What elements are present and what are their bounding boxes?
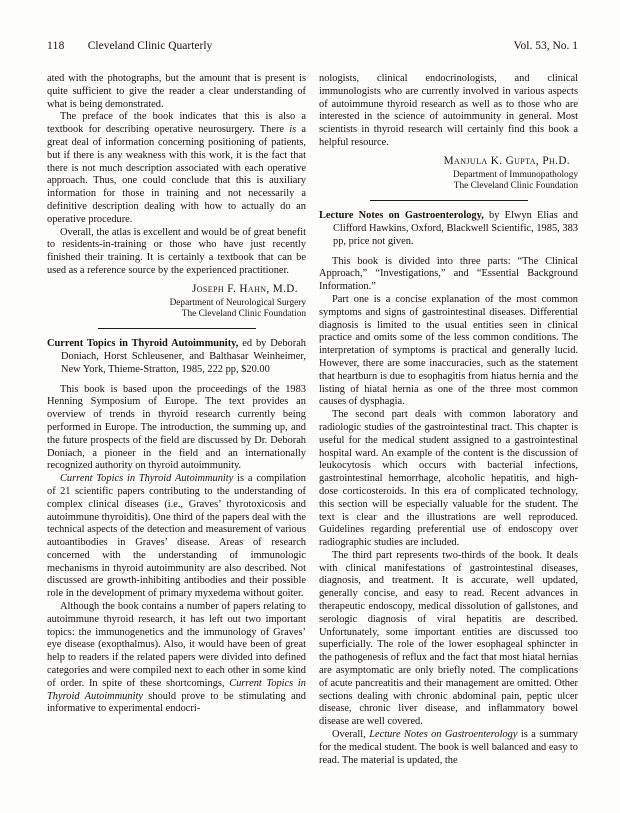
body-paragraph: Overall, the atlas is excellent and woul… — [47, 227, 306, 278]
section-divider-rule — [98, 328, 256, 329]
text-run: nologists, clinical endocrinologists, an… — [319, 73, 578, 148]
text-run: is a compilation of 21 scientific papers… — [47, 473, 306, 599]
body-paragraph: This book is based upon the proceedings … — [47, 384, 306, 474]
reviewer-byline: Manjula K. Gupta, Ph.D.Department of Imm… — [319, 155, 578, 192]
italic-text: Current Topics in Thyroid Autoimmunity — [60, 473, 233, 484]
text-run: The third part represents two-thirds of … — [319, 550, 578, 727]
reviewer-affiliation: Department of Immunopathology — [319, 170, 578, 181]
page-number: 118 — [47, 40, 65, 52]
text-run: The second part deals with common labora… — [319, 409, 578, 548]
text-run: Overall, the atlas is excellent and woul… — [47, 227, 306, 276]
text-run: ated with the photographs, but the amoun… — [47, 73, 306, 110]
text-run: Although the book contains a number of p… — [47, 601, 306, 689]
two-column-body: ated with the photographs, but the amoun… — [47, 73, 578, 767]
text-run: a great deal of information concerning p… — [47, 124, 306, 225]
text-run: The preface of the book indicates that t… — [47, 111, 306, 135]
journal-page: 118 Cleveland Clinic Quarterly Vol. 53, … — [0, 0, 620, 813]
reviewer-affiliation: The Cleveland Clinic Foundation — [47, 309, 306, 320]
body-paragraph: Although the book contains a number of p… — [47, 601, 306, 716]
body-paragraph: The second part deals with common labora… — [319, 409, 578, 550]
column-left: ated with the photographs, but the amoun… — [47, 73, 306, 767]
text-run: Overall, — [332, 729, 369, 740]
book-title: Lecture Notes on Gastroenterology, — [319, 210, 484, 221]
text-run: This book is divided into three parts: “… — [319, 256, 578, 293]
journal-title: Cleveland Clinic Quarterly — [88, 40, 213, 52]
reviewer-name: Joseph F. Hahn, M.D. — [47, 283, 306, 296]
text-run: Part one is a concise explanation of the… — [319, 294, 578, 407]
column-right: nologists, clinical endocrinologists, an… — [319, 73, 578, 767]
body-paragraph: Overall, Lecture Notes on Gastroenterolo… — [319, 729, 578, 767]
book-citation: Current Topics in Thyroid Autoimmunity, … — [47, 338, 306, 376]
volume-number: Vol. 53, No. 1 — [514, 40, 578, 52]
body-paragraph: The third part represents two-thirds of … — [319, 550, 578, 729]
reviewer-name: Manjula K. Gupta, Ph.D. — [319, 155, 578, 168]
body-paragraph: This book is divided into three parts: “… — [319, 256, 578, 294]
body-paragraph: nologists, clinical endocrinologists, an… — [319, 73, 578, 150]
body-paragraph: Part one is a concise explanation of the… — [319, 294, 578, 409]
reviewer-byline: Joseph F. Hahn, M.D.Department of Neurol… — [47, 283, 306, 320]
body-paragraph: The preface of the book indicates that t… — [47, 111, 306, 226]
page-header: 118 Cleveland Clinic Quarterly Vol. 53, … — [47, 40, 578, 52]
book-citation: Lecture Notes on Gastroenterology, by El… — [319, 210, 578, 248]
text-run: This book is based upon the proceedings … — [47, 384, 306, 472]
book-title: Current Topics in Thyroid Autoimmunity, — [47, 338, 238, 349]
italic-text: Lecture Notes on Gastroenterology — [369, 729, 517, 740]
body-paragraph: Current Topics in Thyroid Autoimmunity i… — [47, 473, 306, 601]
reviewer-affiliation: Department of Neurological Surgery — [47, 298, 306, 309]
reviewer-affiliation: The Cleveland Clinic Foundation — [319, 181, 578, 192]
section-divider-rule — [370, 200, 528, 201]
body-paragraph: ated with the photographs, but the amoun… — [47, 73, 306, 111]
